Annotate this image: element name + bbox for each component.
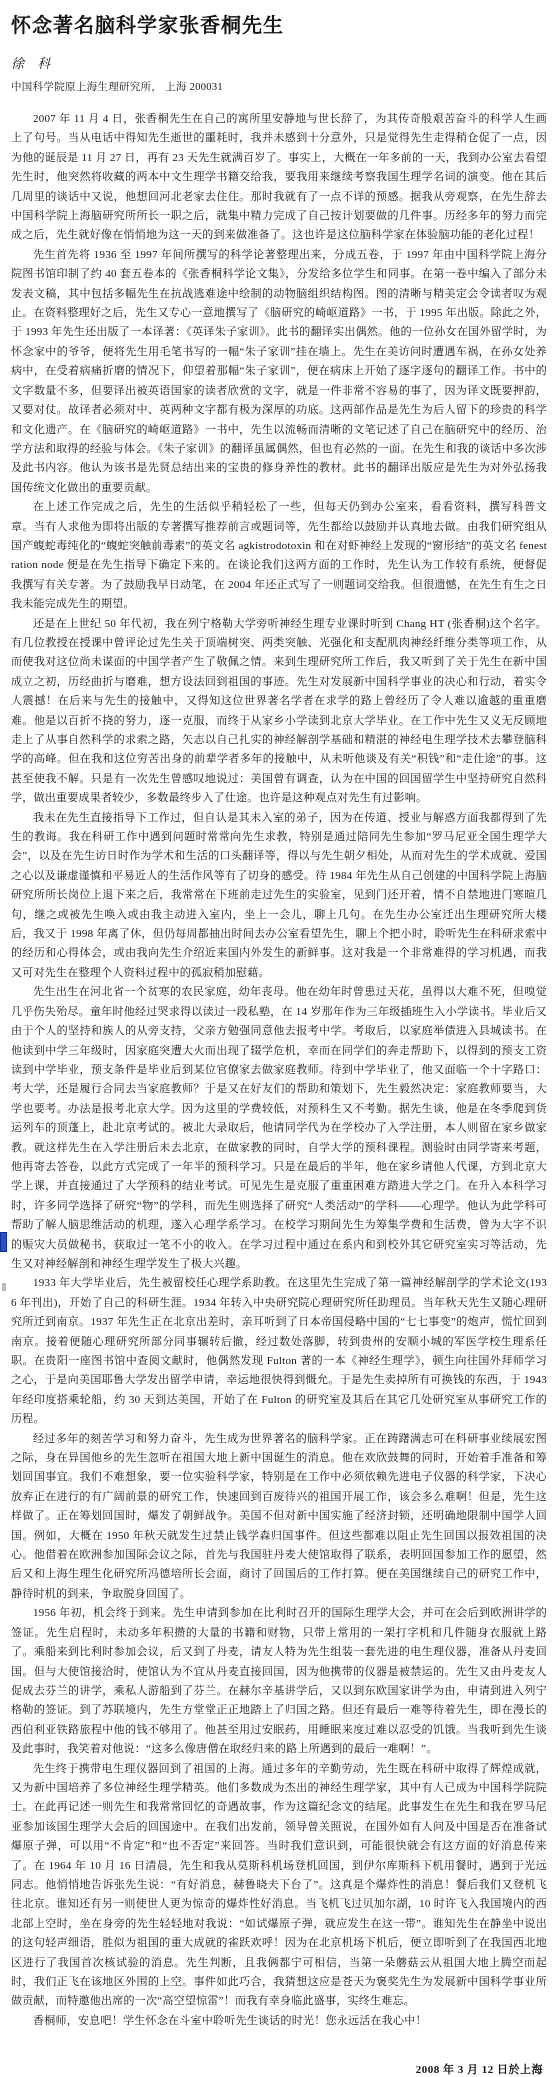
- paragraph: 1933 年大学毕业后，先生被留校任心理学系助教。在这里先生完成了第一篇神经解剖…: [11, 1274, 547, 1429]
- paragraph: 我未在先生直接指导下工作过，但自认是其未入室的弟子，因为在传道、授业与解惑方面我…: [11, 809, 547, 984]
- paragraph: 香桐师，安息吧！学生怀念在斗室中聆听先生谈话的时光！您永远活在我心中！: [11, 2012, 547, 2031]
- article-title: 怀念著名脑科学家张香桐先生: [11, 14, 547, 39]
- article-body: 2007 年 11 月 4 日，张香桐先生在自己的寓所里安静地与世长辞了，为其传…: [11, 110, 547, 2031]
- paragraph: 先生首先将 1936 至 1997 年间所撰写的科学论著整理出来，分成五卷，于 …: [11, 246, 547, 498]
- article-page: 怀念著名脑科学家张香桐先生 徐 科 中国科学院原上海生理研究所， 上海 2000…: [0, 0, 557, 2077]
- paragraph: 1956 年初，机会终于到来。先生申请到参加在比利时召开的国际生理学大会，并可在…: [11, 1604, 547, 1759]
- paragraph: 还是在上世纪 50 年代初，我在列宁格勒大学旁听神经生理专业课时听到 Chang…: [11, 615, 547, 809]
- scan-artifact-speck: [2, 1283, 6, 1291]
- author-name: 徐 科: [11, 53, 547, 72]
- paragraph: 在上述工作完成之后，先生的生活似乎稍轻松了一些，但每天仍到办公室来，看看资料，撰…: [11, 498, 547, 614]
- paragraph: 经过多年的刻苦学习和努力奋斗，先生成为世界著名的脑科学家。正在踌躇满志可在科研事…: [11, 1430, 547, 1605]
- scan-artifact-blue: [0, 1232, 7, 1252]
- paragraph: 先生出生在河北省一个贫寒的农民家庭，幼年丧母。他在幼年时曾患过天花，虽得以大难不…: [11, 983, 547, 1274]
- author-affiliation: 中国科学院原上海生理研究所， 上海 200031: [11, 79, 547, 94]
- article-date: 2008 年 3 月 12 日於上海: [11, 2061, 547, 2077]
- paragraph: 先生终于携带电生理仪器回到了祖国的上海。通过多年的辛勤劳动，先生既在科研中取得了…: [11, 1760, 547, 2012]
- paragraph: 2007 年 11 月 4 日，张香桐先生在自己的寓所里安静地与世长辞了，为其传…: [11, 110, 547, 246]
